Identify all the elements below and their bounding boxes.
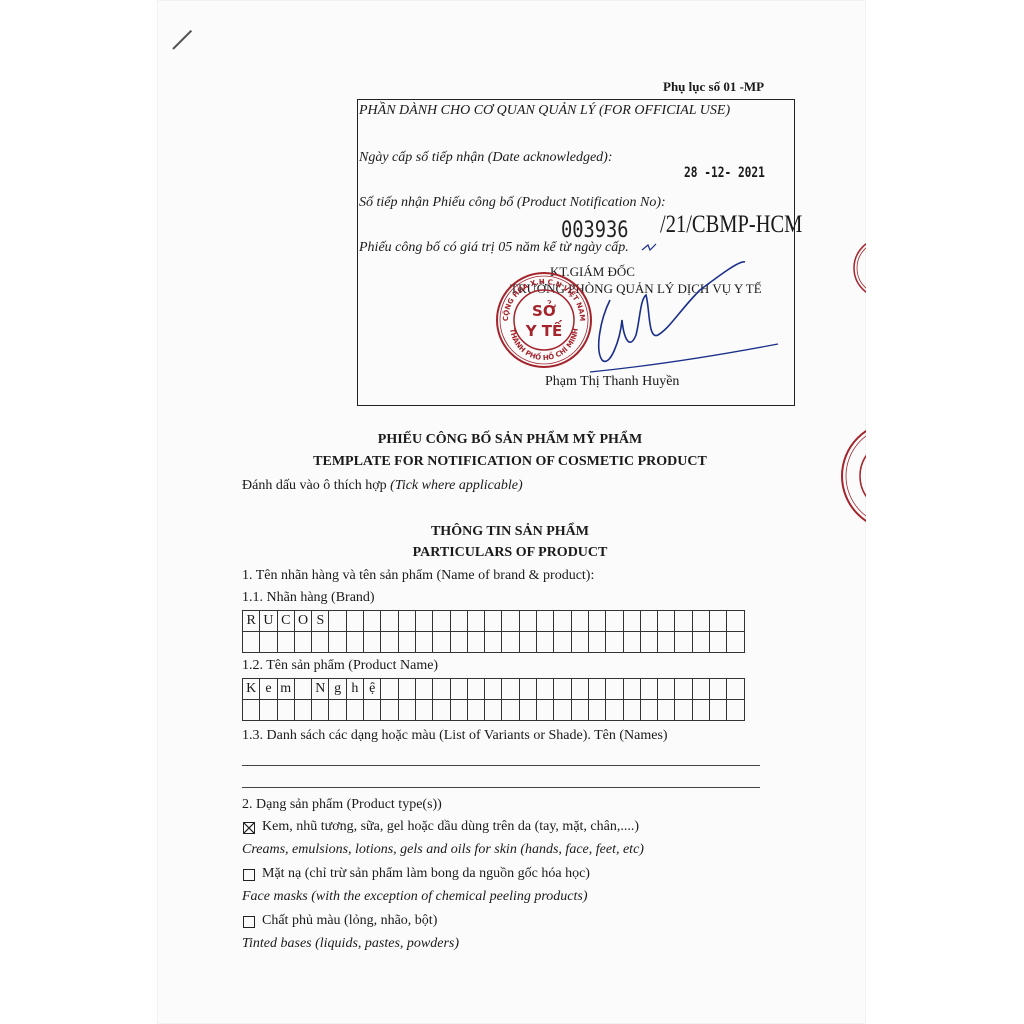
product-name-grid-cell[interactable] bbox=[502, 700, 519, 721]
product-name-grid-cell[interactable] bbox=[727, 679, 744, 700]
question-1-2: 1.2. Tên sản phẩm (Product Name) bbox=[242, 658, 438, 674]
product-name-grid-cell[interactable] bbox=[675, 679, 692, 700]
product-name-grid-cell[interactable] bbox=[675, 700, 692, 721]
brand-grid-cell[interactable] bbox=[312, 632, 329, 653]
brand-grid-cell[interactable] bbox=[346, 632, 363, 653]
brand-grid-cell[interactable] bbox=[727, 632, 744, 653]
product-name-grid-cell[interactable] bbox=[364, 700, 381, 721]
tick-instruction-en: (Tick where applicable) bbox=[390, 478, 522, 493]
brand-grid-cell[interactable] bbox=[433, 611, 450, 632]
section-title-en: PARTICULARS OF PRODUCT bbox=[210, 545, 810, 561]
brand-grid-cell[interactable] bbox=[346, 611, 363, 632]
brand-grid-cell[interactable] bbox=[623, 632, 640, 653]
product-name-grid-cell[interactable] bbox=[450, 700, 467, 721]
product-name-grid-cell[interactable] bbox=[588, 679, 605, 700]
product-name-grid-cell[interactable]: N bbox=[312, 679, 329, 700]
brand-grid-cell[interactable] bbox=[415, 632, 432, 653]
form-title-en: TEMPLATE FOR NOTIFICATION OF COSMETIC PR… bbox=[210, 454, 810, 470]
brand-grid-cell[interactable] bbox=[675, 632, 692, 653]
question-1-3: 1.3. Danh sách các dạng hoặc màu (List o… bbox=[242, 728, 668, 744]
brand-grid-cell[interactable] bbox=[675, 611, 692, 632]
product-name-grid-cell[interactable] bbox=[692, 700, 709, 721]
brand-grid-cell[interactable] bbox=[502, 611, 519, 632]
product-type-label-vi: Kem, nhũ tương, sữa, gel hoặc dầu dùng t… bbox=[262, 819, 639, 835]
product-name-grid-cell[interactable] bbox=[571, 700, 588, 721]
brand-grid-cell[interactable] bbox=[485, 632, 502, 653]
product-name-grid-cell[interactable] bbox=[312, 700, 329, 721]
brand-grid-cell[interactable] bbox=[433, 632, 450, 653]
brand-grid-cell[interactable] bbox=[640, 611, 657, 632]
brand-grid-cell[interactable] bbox=[450, 632, 467, 653]
product-name-grid-cell[interactable] bbox=[485, 700, 502, 721]
notification-number-label: Số tiếp nhận Phiếu công bố (Product Noti… bbox=[359, 195, 666, 211]
brand-grid-cell[interactable] bbox=[710, 632, 727, 653]
brand-grid-cell[interactable] bbox=[537, 632, 554, 653]
brand-grid-cell[interactable] bbox=[710, 611, 727, 632]
brand-grid-cell[interactable] bbox=[588, 632, 605, 653]
brand-grid-cell[interactable]: R bbox=[243, 611, 260, 632]
product-name-grid-cell[interactable] bbox=[450, 679, 467, 700]
brand-grid-cell[interactable] bbox=[588, 611, 605, 632]
form-title-vi: PHIẾU CÔNG BỐ SẢN PHẨM MỸ PHẨM bbox=[210, 432, 810, 448]
brand-grid-cell[interactable] bbox=[658, 632, 675, 653]
brand-grid-cell[interactable] bbox=[554, 611, 571, 632]
product-name-grid-cell[interactable] bbox=[346, 700, 363, 721]
product-name-grid-cell[interactable] bbox=[415, 679, 432, 700]
partial-stamp-lower bbox=[838, 420, 866, 532]
product-name-grid-cell[interactable] bbox=[537, 679, 554, 700]
product-name-grid-cell[interactable] bbox=[606, 679, 623, 700]
product-name-grid-cell[interactable] bbox=[727, 700, 744, 721]
date-acknowledged-value: 28 -12- 2021 bbox=[684, 165, 765, 181]
product-name-grid-cell[interactable] bbox=[710, 679, 727, 700]
variants-line-2[interactable] bbox=[242, 787, 760, 788]
product-name-grid-cell[interactable] bbox=[658, 679, 675, 700]
brand-grid-cell[interactable] bbox=[398, 611, 415, 632]
brand-grid-cell[interactable] bbox=[415, 611, 432, 632]
brand-grid-cell[interactable] bbox=[571, 632, 588, 653]
product-name-grid-cell[interactable] bbox=[640, 700, 657, 721]
brand-grid-cell[interactable] bbox=[243, 632, 260, 653]
brand-grid-cell[interactable] bbox=[381, 632, 398, 653]
product-name-grid-cell[interactable] bbox=[381, 700, 398, 721]
product-name-grid-cell[interactable] bbox=[329, 700, 346, 721]
signature bbox=[540, 240, 790, 380]
question-2: 2. Dạng sản phẩm (Product type(s)) bbox=[242, 797, 442, 813]
product-type-label-en: Face masks (with the exception of chemic… bbox=[242, 889, 588, 905]
product-name-grid-cell[interactable] bbox=[433, 700, 450, 721]
product-name-grid-cell[interactable]: ệ bbox=[364, 679, 381, 700]
product-name-grid-cell[interactable] bbox=[571, 679, 588, 700]
brand-grid-cell[interactable]: S bbox=[312, 611, 329, 632]
product-name-grid-cell[interactable] bbox=[519, 700, 536, 721]
brand-grid-cell[interactable] bbox=[519, 632, 536, 653]
date-acknowledged-label: Ngày cấp số tiếp nhận (Date acknowledged… bbox=[359, 150, 613, 166]
product-name-grid-cell[interactable] bbox=[398, 679, 415, 700]
product-name-grid-cell[interactable] bbox=[467, 679, 484, 700]
brand-grid-cell[interactable]: O bbox=[294, 611, 311, 632]
appendix-label: Phụ lục số 01 -MP bbox=[663, 79, 764, 95]
product-name-grid-cell[interactable] bbox=[692, 679, 709, 700]
brand-grid-cell[interactable] bbox=[398, 632, 415, 653]
product-name-grid-cell[interactable]: e bbox=[260, 679, 277, 700]
product-name-grid-cell[interactable] bbox=[519, 679, 536, 700]
brand-grid-cell[interactable] bbox=[277, 632, 294, 653]
brand-grid-cell[interactable] bbox=[537, 611, 554, 632]
brand-grid-cell[interactable] bbox=[554, 632, 571, 653]
brand-grid-cell[interactable] bbox=[571, 611, 588, 632]
brand-grid-cell[interactable] bbox=[364, 632, 381, 653]
product-name-grid-cell[interactable] bbox=[537, 700, 554, 721]
product-name-grid-cell[interactable] bbox=[485, 679, 502, 700]
brand-grid-cell[interactable] bbox=[692, 632, 709, 653]
brand-grid[interactable]: RUCOS bbox=[242, 610, 745, 653]
product-name-grid-cell[interactable] bbox=[658, 700, 675, 721]
tick-instruction: Đánh dấu vào ô thích hợp (Tick where app… bbox=[242, 478, 523, 494]
product-name-grid-cell[interactable]: h bbox=[346, 679, 363, 700]
tick-instruction-vi: Đánh dấu vào ô thích hợp bbox=[242, 478, 387, 493]
product-name-grid-cell[interactable] bbox=[554, 679, 571, 700]
product-name-grid-cell[interactable] bbox=[467, 700, 484, 721]
product-name-grid-cell[interactable]: g bbox=[329, 679, 346, 700]
brand-grid-cell[interactable] bbox=[640, 632, 657, 653]
product-name-grid-cell[interactable] bbox=[623, 679, 640, 700]
product-name-grid-cell[interactable]: m bbox=[277, 679, 294, 700]
brand-grid-cell[interactable] bbox=[485, 611, 502, 632]
brand-grid-cell[interactable] bbox=[467, 632, 484, 653]
product-type-checkbox[interactable] bbox=[243, 916, 255, 928]
product-name-grid-cell[interactable] bbox=[606, 700, 623, 721]
official-use-title: PHẦN DÀNH CHO CƠ QUAN QUẢN LÝ (FOR OFFIC… bbox=[359, 103, 730, 119]
product-name-grid-cell[interactable] bbox=[640, 679, 657, 700]
brand-grid-cell[interactable]: C bbox=[277, 611, 294, 632]
product-name-grid-cell[interactable] bbox=[243, 700, 260, 721]
brand-grid-cell[interactable] bbox=[623, 611, 640, 632]
question-1: 1. Tên nhãn hàng và tên sản phẩm (Name o… bbox=[242, 568, 594, 584]
brand-grid-cell[interactable]: U bbox=[260, 611, 277, 632]
product-name-grid-cell[interactable] bbox=[415, 700, 432, 721]
brand-grid-cell[interactable] bbox=[606, 611, 623, 632]
product-name-grid-cell[interactable] bbox=[588, 700, 605, 721]
product-name-grid[interactable]: KemNghệ bbox=[242, 678, 745, 721]
brand-grid-cell[interactable] bbox=[467, 611, 484, 632]
brand-grid-cell[interactable] bbox=[727, 611, 744, 632]
product-type-checkbox[interactable] bbox=[243, 869, 255, 881]
product-type-checkbox[interactable] bbox=[243, 822, 255, 834]
brand-grid-cell[interactable] bbox=[329, 632, 346, 653]
product-name-grid-cell[interactable] bbox=[554, 700, 571, 721]
product-type-label-en: Creams, emulsions, lotions, gels and oil… bbox=[242, 842, 644, 858]
notification-suffix: /21/CBMP-HCM bbox=[660, 211, 802, 239]
brand-grid-cell[interactable] bbox=[364, 611, 381, 632]
product-name-grid-cell[interactable] bbox=[502, 679, 519, 700]
product-type-label-vi: Chất phủ màu (lỏng, nhão, bột) bbox=[262, 913, 437, 929]
product-type-label-en: Tinted bases (liquids, pastes, powders) bbox=[242, 936, 459, 952]
section-title-vi: THÔNG TIN SẢN PHẨM bbox=[210, 524, 810, 540]
product-name-grid-cell[interactable] bbox=[277, 700, 294, 721]
brand-grid-cell[interactable] bbox=[692, 611, 709, 632]
product-name-grid-cell[interactable]: K bbox=[243, 679, 260, 700]
product-name-grid-cell[interactable] bbox=[710, 700, 727, 721]
product-name-grid-cell[interactable] bbox=[381, 679, 398, 700]
brand-grid-cell[interactable] bbox=[519, 611, 536, 632]
product-name-grid-cell[interactable] bbox=[623, 700, 640, 721]
variants-line-1[interactable] bbox=[242, 765, 760, 766]
partial-stamp-upper bbox=[850, 238, 866, 298]
brand-grid-cell[interactable] bbox=[329, 611, 346, 632]
checkmark-x-icon bbox=[244, 823, 254, 833]
product-name-grid-cell[interactable] bbox=[398, 700, 415, 721]
brand-grid-cell[interactable] bbox=[294, 632, 311, 653]
brand-grid-cell[interactable] bbox=[658, 611, 675, 632]
brand-grid-cell[interactable] bbox=[606, 632, 623, 653]
brand-grid-cell[interactable] bbox=[381, 611, 398, 632]
brand-grid-cell[interactable] bbox=[502, 632, 519, 653]
product-name-grid-cell[interactable] bbox=[294, 679, 311, 700]
product-name-grid-cell[interactable] bbox=[294, 700, 311, 721]
product-name-grid-cell[interactable] bbox=[260, 700, 277, 721]
brand-grid-cell[interactable] bbox=[260, 632, 277, 653]
product-name-grid-cell[interactable] bbox=[433, 679, 450, 700]
product-type-label-vi: Mặt nạ (chỉ trừ sản phẩm làm bong da ngu… bbox=[262, 866, 590, 882]
question-1-1: 1.1. Nhãn hàng (Brand) bbox=[242, 590, 375, 606]
brand-grid-cell[interactable] bbox=[450, 611, 467, 632]
